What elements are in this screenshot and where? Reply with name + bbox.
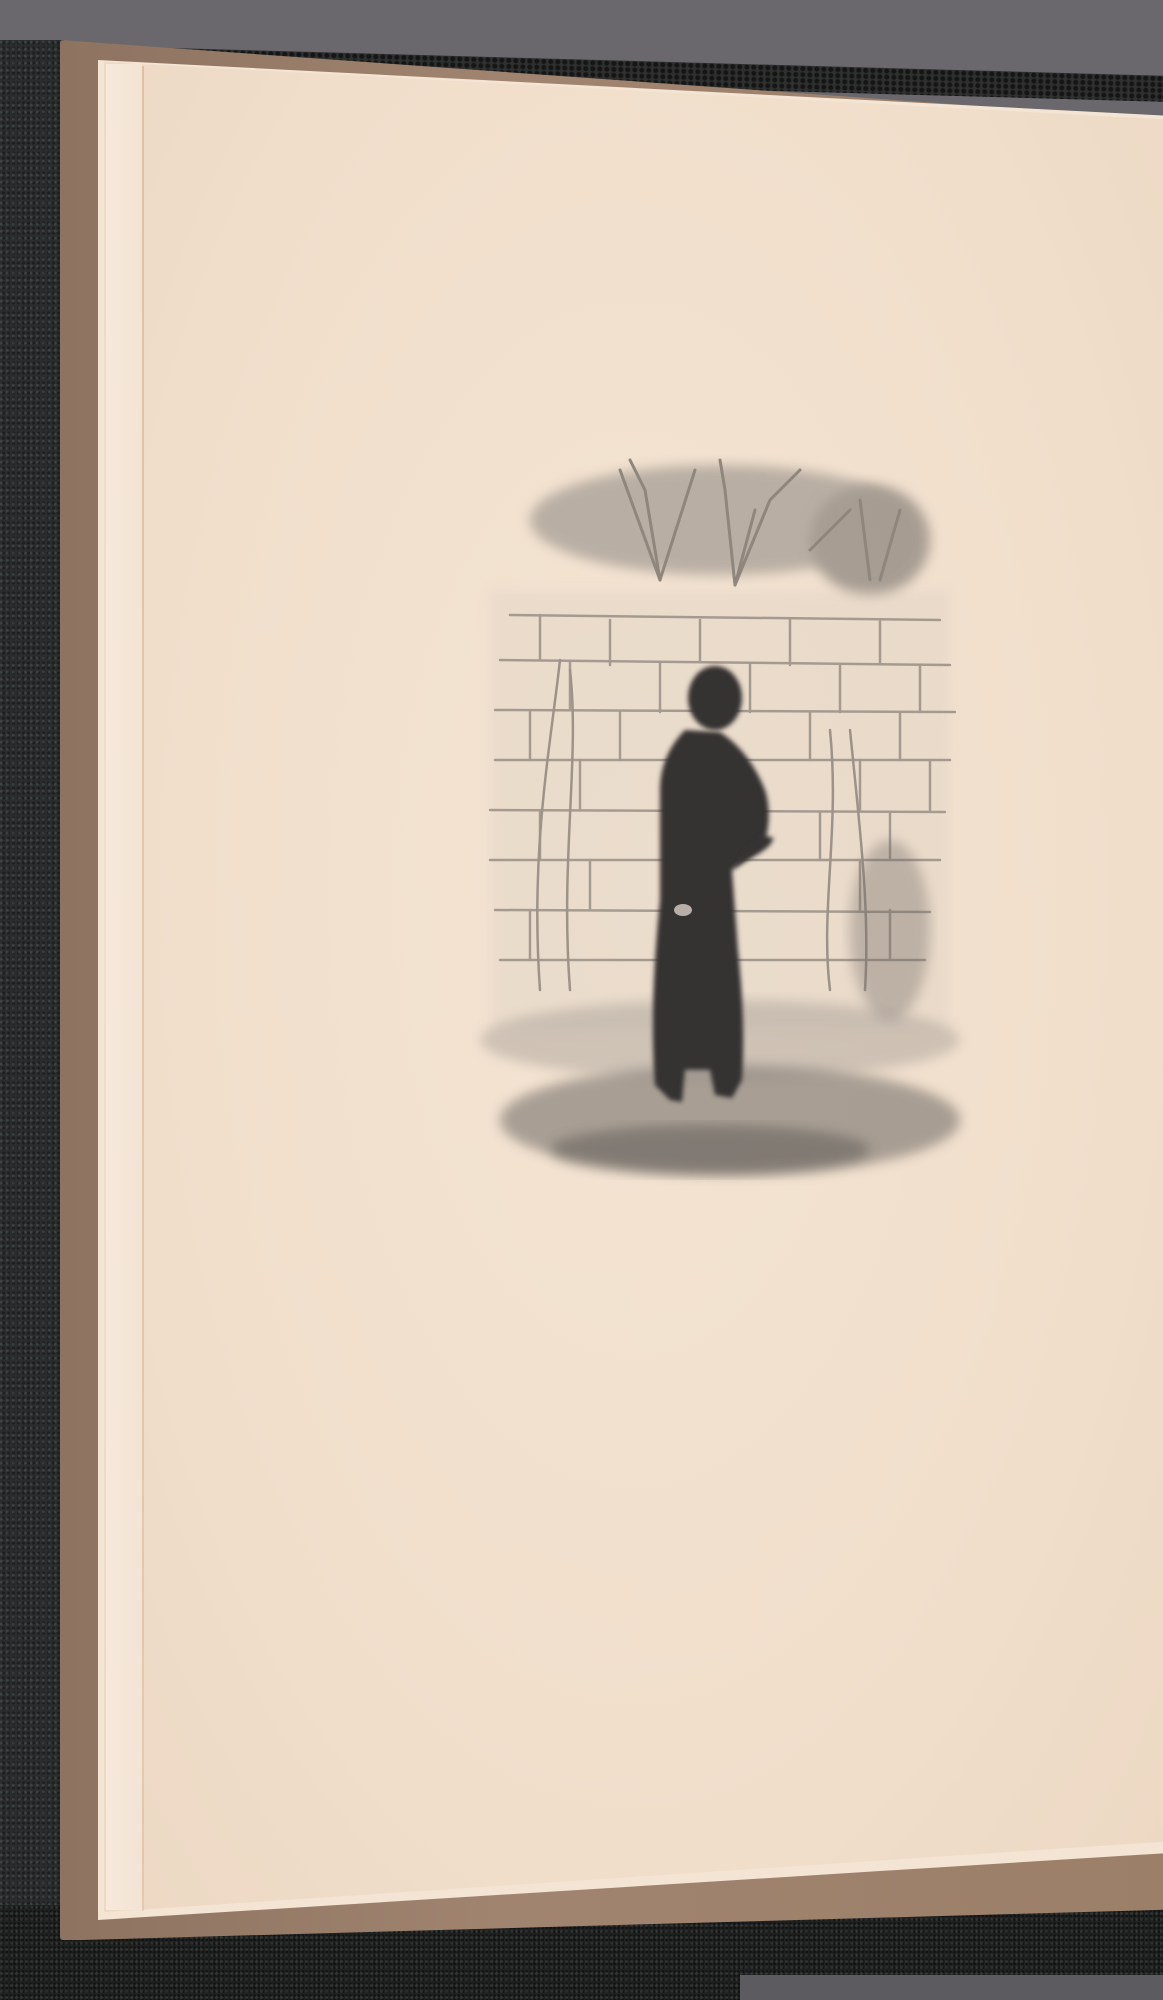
page-gutter-strip (106, 64, 142, 1910)
page-fold-line (142, 66, 144, 1911)
dark-felt-left (0, 40, 64, 2000)
lithograph-illustration (470, 430, 990, 1230)
gray-backdrop-corner (740, 1975, 1163, 2000)
bare-trees (530, 460, 930, 595)
